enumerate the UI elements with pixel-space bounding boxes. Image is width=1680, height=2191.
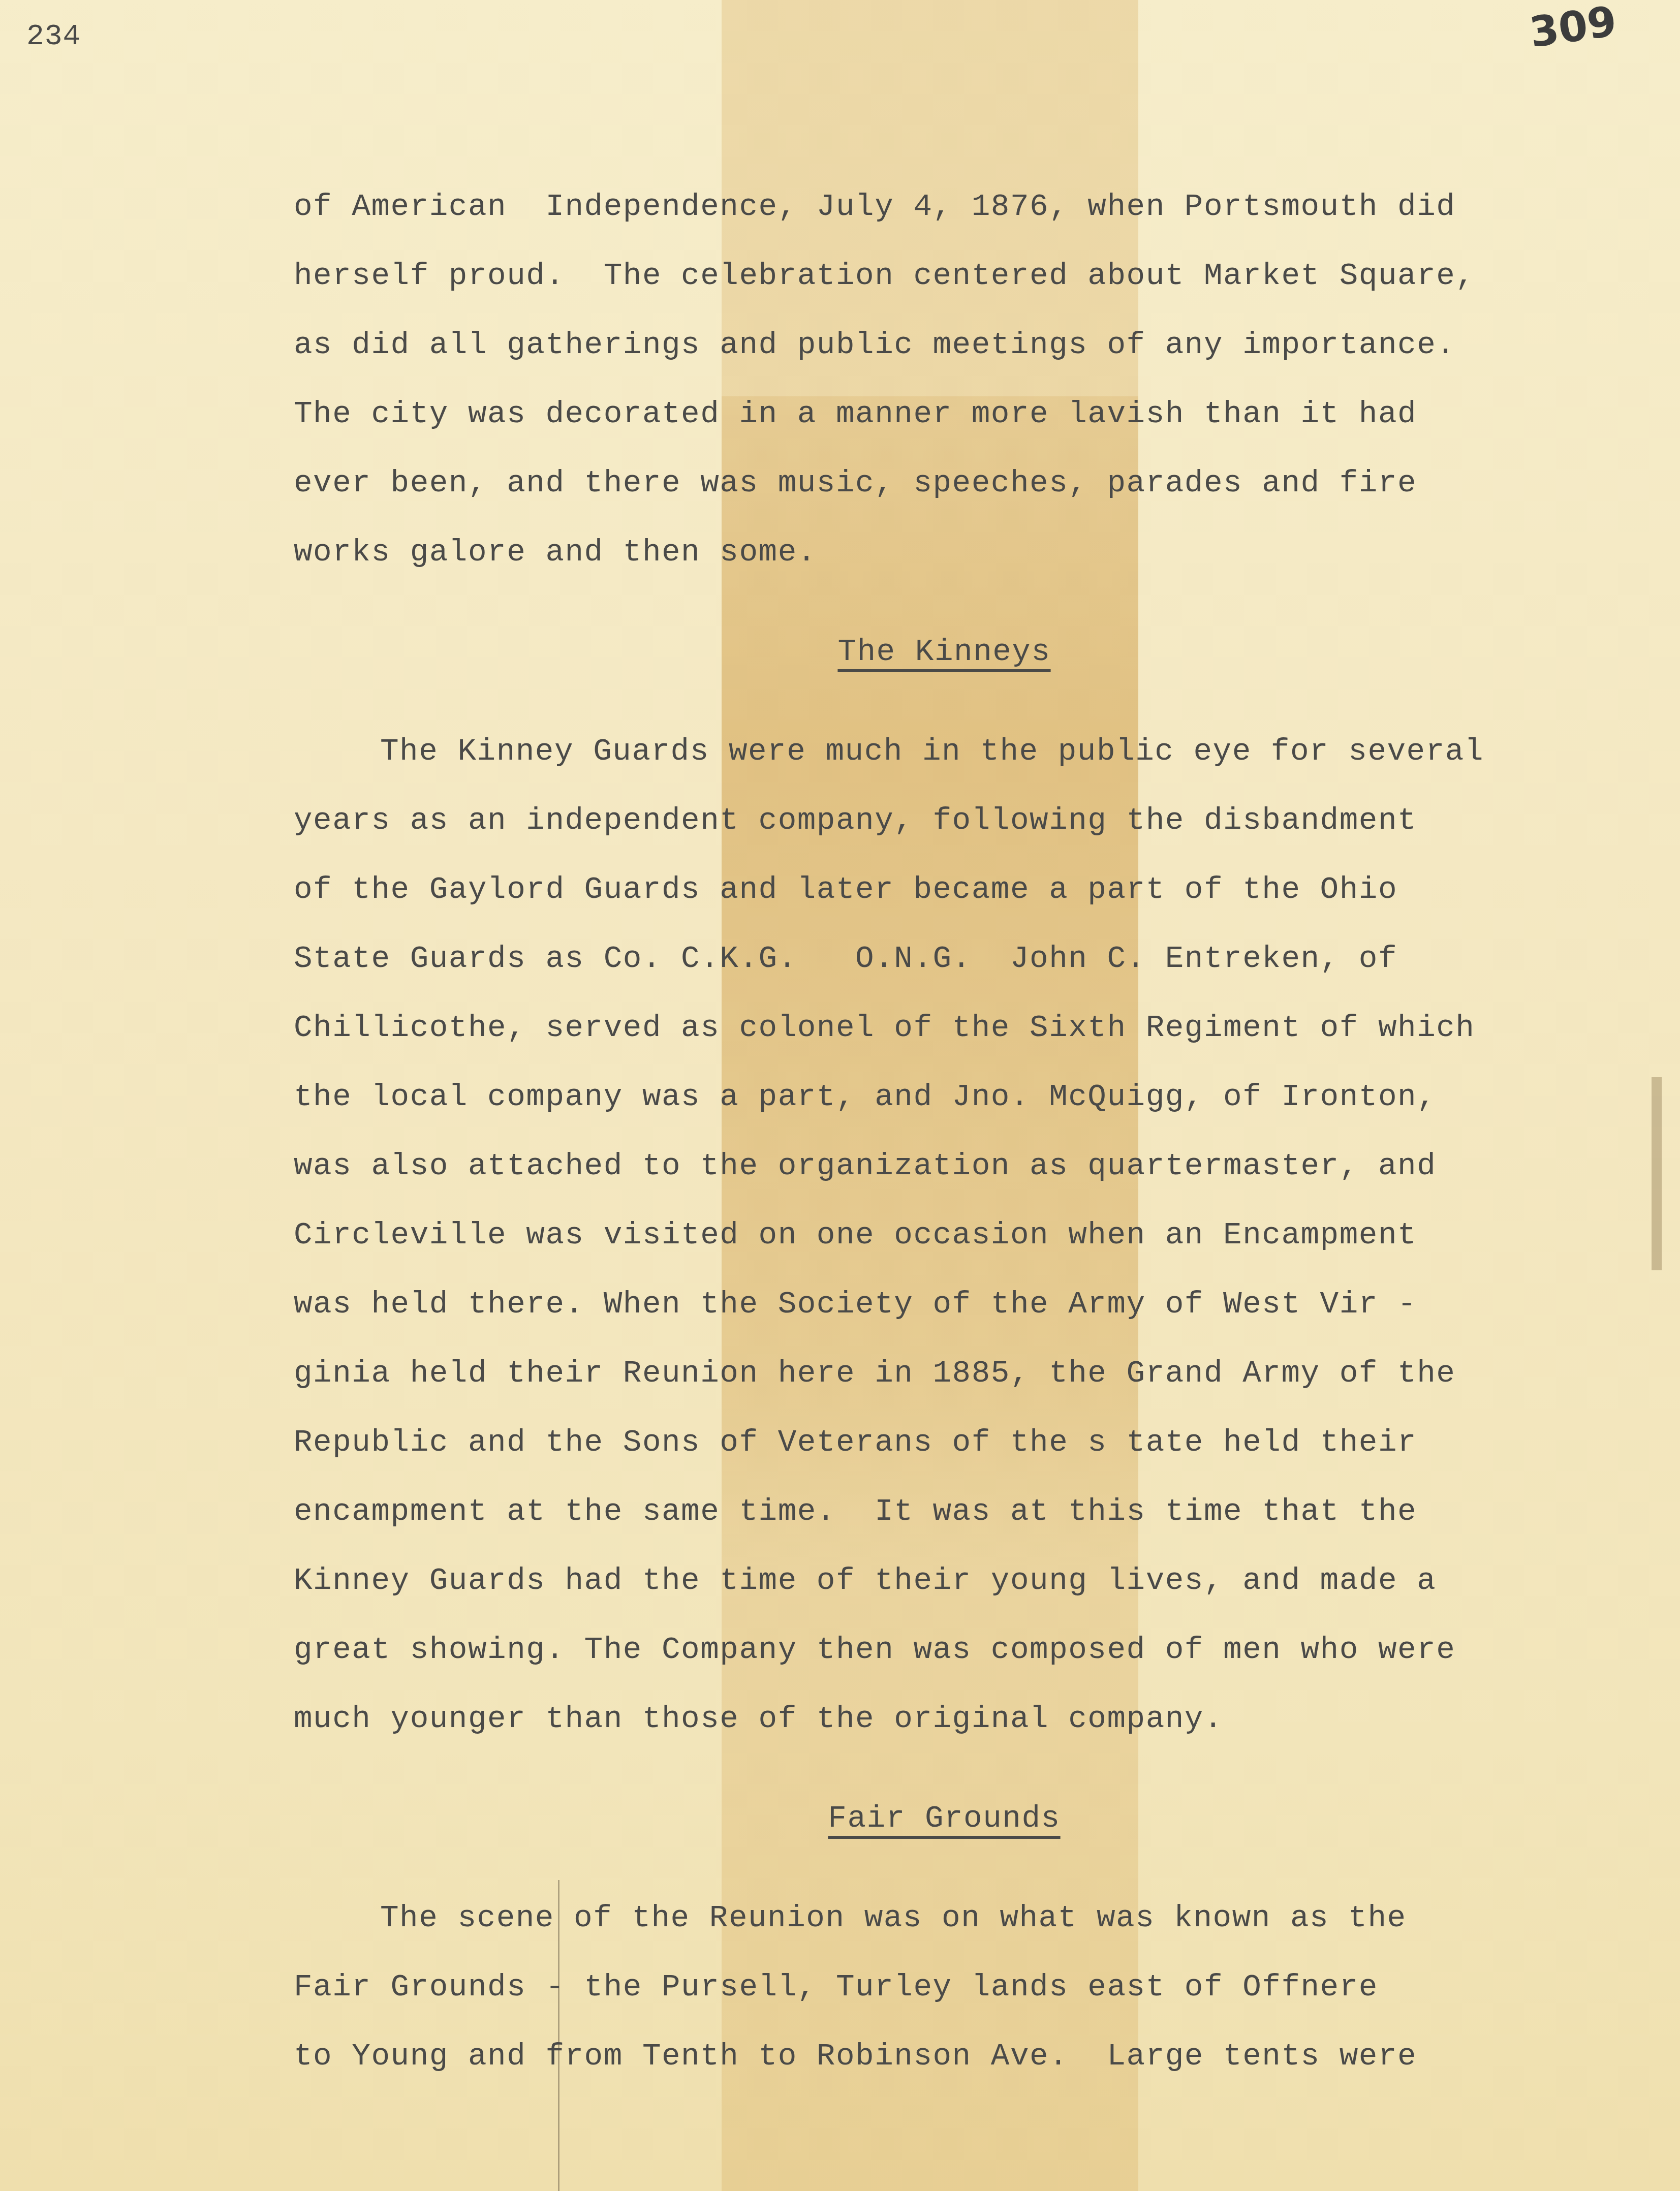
text-line: encampment at the same time. It was at t… [294,1478,1595,1547]
text-line: ginia held their Reunion here in 1885, t… [294,1339,1595,1408]
text-line: of the Gaylord Guards and later became a… [294,856,1595,925]
text-line: was held there. When the Society of the … [294,1270,1595,1339]
text-line: years as an independent company, followi… [294,787,1595,856]
text-line: Fair Grounds - the Pursell, Turley lands… [294,1953,1595,2022]
text-line: The scene of the Reunion was on what was… [294,1884,1595,1953]
text-line: great showing. The Company then was comp… [294,1616,1595,1685]
text-line: much younger than those of the original … [294,1685,1595,1754]
document-page: 234 309 of American Independence, July 4… [0,0,1680,2191]
text-line: works galore and then some. [294,518,1595,587]
text-line: of American Independence, July 4, 1876, … [294,173,1595,242]
text-line: was also attached to the organization as… [294,1132,1595,1201]
text-line: The city was decorated in a manner more … [294,380,1595,449]
text-line: the local company was a part, and Jno. M… [294,1063,1595,1132]
heading-text: Fair Grounds [828,1801,1060,1836]
text-line: herself proud. The celebration centered … [294,242,1595,311]
text-line: Chillicothe, served as colonel of the Si… [294,994,1595,1063]
paragraph-fair-grounds: The scene of the Reunion was on what was… [294,1884,1595,2091]
paper-edge-mark [1652,1077,1662,1270]
document-body: of American Independence, July 4, 1876, … [294,173,1595,2091]
text-line: Kinney Guards had the time of their youn… [294,1547,1595,1616]
section-heading-kinneys: The Kinneys [294,618,1595,687]
handwritten-page-number: 309 [1527,0,1620,57]
heading-text: The Kinneys [837,635,1050,670]
typed-page-number: 234 [26,20,81,53]
text-line: Republic and the Sons of Veterans of the… [294,1408,1595,1478]
paragraph-kinneys: The Kinney Guards were much in the publi… [294,717,1595,1754]
text-line: as did all gatherings and public meeting… [294,311,1595,380]
text-line: to Young and from Tenth to Robinson Ave.… [294,2022,1595,2091]
text-line: ever been, and there was music, speeches… [294,449,1595,518]
text-line: Circleville was visited on one occasion … [294,1201,1595,1270]
section-heading-fair-grounds: Fair Grounds [294,1785,1595,1854]
text-line: The Kinney Guards were much in the publi… [294,717,1595,787]
text-line: State Guards as Co. C.K.G. O.N.G. John C… [294,925,1595,994]
paragraph-intro: of American Independence, July 4, 1876, … [294,173,1595,587]
